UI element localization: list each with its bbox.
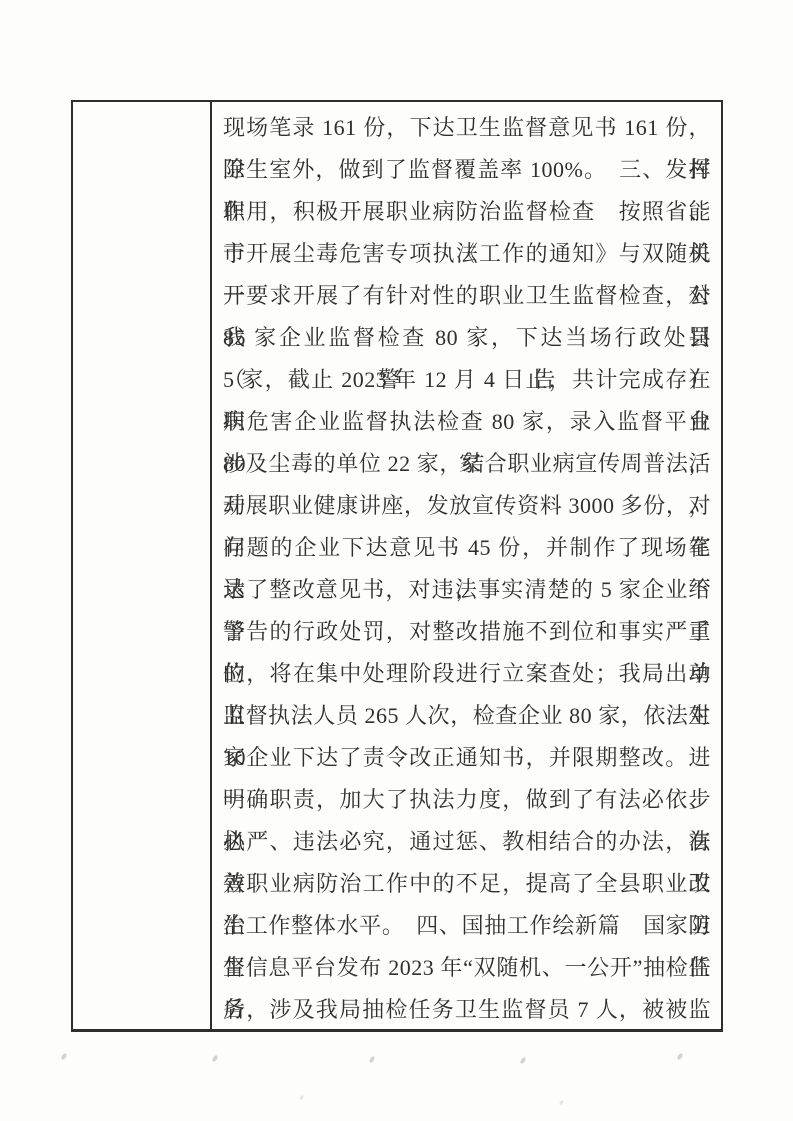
text-line: 位，将在集中处理阶段进行立案查处；我局出动卫生: [223, 653, 711, 695]
scan-speck: [676, 1052, 683, 1060]
text-line: 明确职责，加大了执法力度，做到了有法必依、执法: [223, 779, 711, 821]
text-line: 治工作整体水平。 四、国抽工作绘新篇 国家卫生监: [223, 905, 711, 947]
table-left-cell: [73, 102, 212, 1029]
table-content-cell: 现场笔录 161 份，下达卫生监督意见书 161 份，除村 卫生室外，做到了监督…: [212, 102, 721, 1029]
text-line: 病危害企业监督执法检查 80 家，录入监督平台 80 家，: [223, 401, 711, 443]
scan-speck: [60, 1052, 67, 1060]
text-line: 善职业病防治工作中的不足，提高了全县职业卫生防: [223, 863, 711, 905]
text-line: 监督执法人员 265 人次，检查企业 80 家，依法对 10: [223, 695, 711, 737]
text-line: 涉及尘毒的单位 22 家，结合职业病宣传周普法活动，: [223, 443, 711, 485]
scan-speck: [211, 1054, 218, 1062]
text-line: 警告的行政处罚，对整改措施不到位和事实严重的单: [223, 611, 711, 653]
text-line: 开要求开展了有针对性的职业卫生监督检查，对我县: [223, 275, 711, 317]
scan-speck: [559, 1100, 564, 1106]
text-line: 于开展尘毒危害专项执法工作的通知》与双随机一公: [223, 233, 711, 275]
text-line: 后，涉及我局抽检任务卫生监督员 7 人，被被监督单: [223, 989, 711, 1029]
text-line: 作用，积极开展职业病防治监督检查 按照省、市《关: [223, 191, 711, 233]
text-line: 达了整改意见书，对违法事实清楚的 5 家企业给予了: [223, 569, 711, 611]
text-line: 必严、违法必究，通过惩、教相结合的办法，有效改: [223, 821, 711, 863]
scan-speck: [519, 1056, 526, 1064]
text-line: 开展职业健康讲座，发放宣传资料 3000 多份，对存在: [223, 485, 711, 527]
scan-speck: [368, 1055, 375, 1063]
text-line: 85 家企业监督检查 80 家，下达当场行政处罚（警告）: [223, 317, 711, 359]
scan-speck: [299, 1095, 304, 1101]
text-line: 卫生室外，做到了监督覆盖率 100%。 三、发挥职能: [223, 149, 711, 191]
scanned-document-page: 现场笔录 161 份，下达卫生监督意见书 161 份，除村 卫生室外，做到了监督…: [0, 0, 793, 1121]
report-table: 现场笔录 161 份，下达卫生监督意见书 161 份，除村 卫生室外，做到了监督…: [71, 100, 723, 1032]
text-line: 现场笔录 161 份，下达卫生监督意见书 161 份，除村: [223, 107, 711, 149]
text-line: 5 家，截止 2023 年 12 月 4 日止，共计完成存在职业: [223, 359, 711, 401]
text-line: 问题的企业下达意见书 45 份，并制作了现场笔录，下: [223, 527, 711, 569]
text-line: 督信息平台发布 2023 年“双随机、一公开”抽检任务: [223, 947, 711, 989]
text-line: 家企业下达了责令改正通知书，并限期整改。进一步: [223, 737, 711, 779]
